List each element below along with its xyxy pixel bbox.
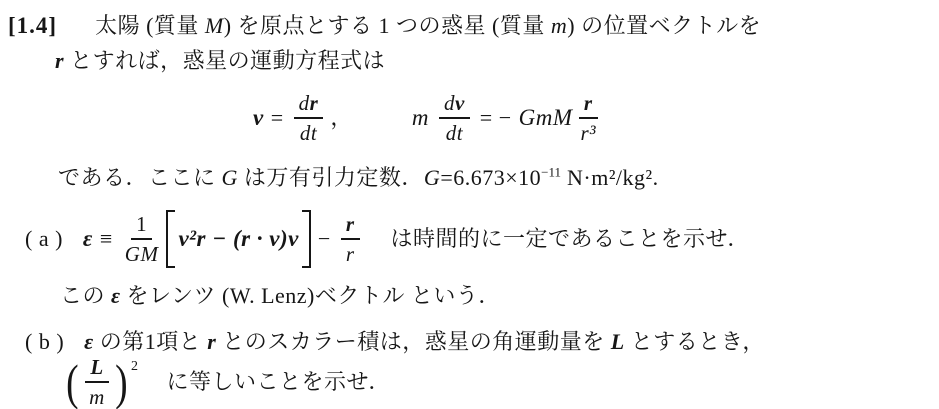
numerator-r: r xyxy=(341,212,360,240)
part-b-line: ( b )ε の第1項と r とのスカラー積は，惑星の角運動量を L とするとき… xyxy=(25,327,765,357)
denominator-GM: GM xyxy=(120,240,164,266)
numerator-L: L xyxy=(85,355,108,383)
var-m: m xyxy=(412,102,429,133)
var-epsilon: ε xyxy=(84,329,94,354)
part-b-tail: に等しいことを示せ． xyxy=(166,367,390,397)
var-epsilon: ε xyxy=(83,223,93,254)
numerator-1: 1 xyxy=(131,212,152,240)
denominator-m: m xyxy=(84,383,110,409)
followup-text-2: は万有引力定数． xyxy=(238,165,424,190)
var-r: r xyxy=(55,48,64,73)
right-parenthesis: ) xyxy=(115,361,128,404)
denominator-dt: dt xyxy=(441,119,468,145)
left-square-bracket xyxy=(166,210,175,268)
g-value-unit: N·m²/kg². xyxy=(561,165,659,190)
gravity-constant-line: である．ここに G は万有引力定数．G=6.673×10−11 N·m²/kg²… xyxy=(58,163,659,193)
var-r: r xyxy=(207,329,216,354)
lenz-text-2: をレンツ (W. Lenz)ベクトル という． xyxy=(121,283,501,308)
lenz-naming-line: この ε をレンツ (W. Lenz)ベクトル という． xyxy=(60,281,501,311)
equals-sign: = xyxy=(271,103,284,133)
equiv-sign: ≡ xyxy=(100,224,113,254)
intro-text-1b: ) を原点とする 1 つの惑星 (質量 xyxy=(224,13,551,38)
part-b-line-2: ( L m ) 2 に等しいことを示せ． xyxy=(64,356,391,408)
equals-minus: = − xyxy=(480,103,512,133)
denominator-dt: dt xyxy=(295,119,322,145)
var-v: v xyxy=(455,91,465,115)
fraction-dv-dt: dv dt xyxy=(439,91,470,145)
part-a-label: ( a ) xyxy=(25,224,63,254)
numerator-r: r xyxy=(579,91,598,119)
var-d: d xyxy=(300,121,311,145)
var-G: G xyxy=(222,165,238,190)
g-value-exponent: −11 xyxy=(541,165,561,180)
bracket-expression: v²r − (r · v)v xyxy=(178,223,298,254)
part-b-text-3: とするとき， xyxy=(625,329,765,354)
var-GmM: GmM xyxy=(519,102,573,133)
lenz-text-1: この xyxy=(60,283,111,308)
var-G: G xyxy=(424,165,440,190)
squared-exponent: 2 xyxy=(131,358,139,377)
part-b-text-1: の第1項と xyxy=(94,329,208,354)
fraction-dr-dt: dr dt xyxy=(294,91,324,145)
var-M: M xyxy=(205,13,224,38)
intro-text-1c: ) の位置ベクトルを xyxy=(567,13,761,38)
var-r: r xyxy=(310,91,319,115)
fraction-L-m: L m xyxy=(84,355,110,409)
fraction-r-r: r r xyxy=(341,212,360,266)
var-epsilon: ε xyxy=(111,283,121,308)
intro-line-2: r とすれば，惑星の運動方程式は xyxy=(55,46,385,76)
problem-number: [1.4] xyxy=(8,13,57,38)
part-b-text-2: とのスカラー積は，惑星の角運動量を xyxy=(216,329,611,354)
intro-text-1a: 太陽 (質量 xyxy=(95,13,205,38)
var-m: m xyxy=(551,13,567,38)
denominator-r3: r³ xyxy=(576,119,601,145)
var-L: L xyxy=(611,329,625,354)
equation-of-motion: v = dr dt ， m dv dt = − GmM r r³ xyxy=(253,86,604,150)
var-t: t xyxy=(311,121,317,145)
minus-sign: − xyxy=(318,224,331,254)
var-d: d xyxy=(446,121,457,145)
intro-text-2: とすれば，惑星の運動方程式は xyxy=(64,48,385,73)
var-d: d xyxy=(444,91,455,115)
comma: ， xyxy=(330,103,353,133)
g-value-base: =6.673×10 xyxy=(440,165,541,190)
fraction-1-GM: 1 GM xyxy=(120,212,164,266)
intro-line-1: [1.4]太陽 (質量 M) を原点とする 1 つの惑星 (質量 m) の位置ベ… xyxy=(8,10,761,41)
followup-text-1: である．ここに xyxy=(58,165,222,190)
part-b-label: ( b ) xyxy=(25,329,64,354)
numerator-dr: dr xyxy=(294,91,324,119)
part-a-line: ( a ) ε ≡ 1 GM v²r − (r · v)v − r r は時間的… xyxy=(25,208,750,270)
fraction-r-r3: r r³ xyxy=(576,91,601,145)
part-a-tail: は時間的に一定であることを示せ． xyxy=(391,224,750,254)
right-square-bracket xyxy=(302,210,311,268)
var-d: d xyxy=(299,91,310,115)
var-v: v xyxy=(253,102,264,133)
numerator-dv: dv xyxy=(439,91,470,119)
left-parenthesis: ( xyxy=(66,361,79,404)
denominator-r: r xyxy=(341,240,360,266)
var-t: t xyxy=(457,121,463,145)
scanned-textbook-page: [1.4]太陽 (質量 M) を原点とする 1 つの惑星 (質量 m) の位置ベ… xyxy=(0,0,939,409)
